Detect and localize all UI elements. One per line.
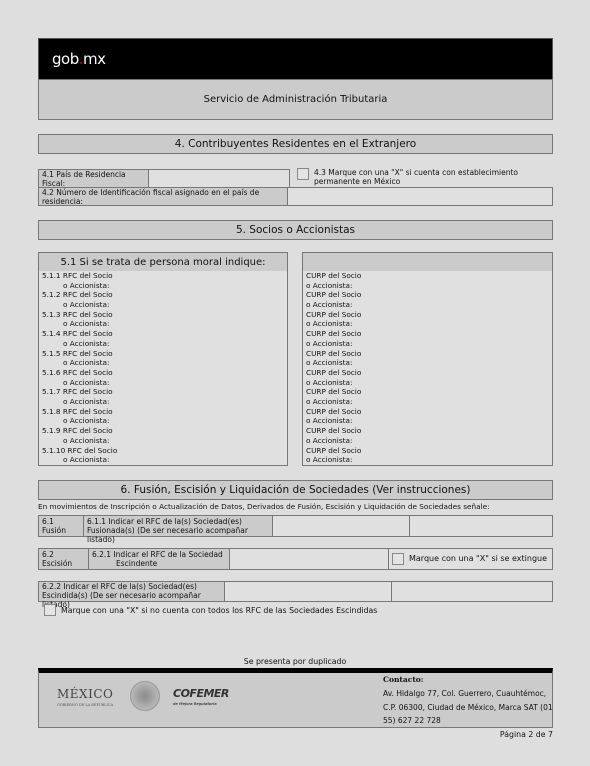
field-4-2-input[interactable] xyxy=(287,187,553,206)
curp-row-label: CURP del Socio xyxy=(306,387,552,397)
rfc-socio-row[interactable]: 5.1.6 RFC del Socioo Accionista: xyxy=(38,368,288,388)
curp-row-sublabel: o Accionista: xyxy=(306,281,552,291)
curp-row-sublabel: o Accionista: xyxy=(306,455,552,465)
escindente-line2: Escindente xyxy=(92,559,226,568)
curp-socio-row[interactable]: CURP del Socioo Accionista: xyxy=(302,446,553,466)
page-number: Página 2 de 7 xyxy=(500,730,553,739)
rfc-row-sublabel: o Accionista: xyxy=(42,281,287,291)
contact-address: Av. Hidalgo 77, Col. Guerrero, Cuauhtémo… xyxy=(383,687,553,728)
rfc-row-label: 5.1.5 RFC del Socio xyxy=(42,349,287,359)
curp-socio-row[interactable]: CURP del Socioo Accionista: xyxy=(302,426,553,446)
rfc-socio-row[interactable]: 5.1.10 RFC del Socioo Accionista: xyxy=(38,446,288,466)
curp-row-sublabel: o Accionista: xyxy=(306,319,552,329)
no-rfc-checkbox[interactable] xyxy=(44,604,56,616)
footer-bar: MÉXICO GOBIERNO DE LA REPÚBLICA COFEMER … xyxy=(38,668,553,728)
escindidas-rfc-input-1[interactable] xyxy=(224,581,392,602)
curp-row-sublabel: o Accionista: xyxy=(306,339,552,349)
contact-line-3: 55) 627 22 728 xyxy=(383,714,553,728)
rfc-socio-row[interactable]: 5.1.4 RFC del Socioo Accionista: xyxy=(38,329,288,349)
curp-socio-row[interactable]: CURP del Socioo Accionista: xyxy=(302,387,553,407)
agency-title: Servicio de Administración Tributaria xyxy=(38,79,553,120)
mexico-logo: MÉXICO xyxy=(57,687,113,701)
curp-row-sublabel: o Accionista: xyxy=(306,300,552,310)
no-rfc-label: Marque con una "X" si no cuenta con todo… xyxy=(61,606,377,615)
curp-socio-row[interactable]: CURP del Socioo Accionista: xyxy=(302,349,553,369)
checkbox-4-3-label: 4.3 Marque con una "X" si cuenta con est… xyxy=(314,168,554,186)
section-5-title: 5. Socios o Accionistas xyxy=(38,220,553,240)
section-4-title: 4. Contribuyentes Residentes en el Extra… xyxy=(38,134,553,154)
section-5-1-header: 5.1 Si se trata de persona moral indique… xyxy=(38,252,288,272)
contact-line-2: C.P. 06300, Ciudad de México, Marca SAT … xyxy=(383,701,553,715)
gobierno-text: GOBIERNO DE LA REPÚBLICA xyxy=(57,703,113,707)
fusion-field-line1: 6.1.1 Indicar el RFC de la(s) Sociedad(e… xyxy=(87,517,269,526)
curp-row-label: CURP del Socio xyxy=(306,310,552,320)
contact-line-1: Av. Hidalgo 77, Col. Guerrero, Cuauhtémo… xyxy=(383,687,553,701)
curp-row-label: CURP del Socio xyxy=(306,349,552,359)
escindidas-field-label: 6.2.2 Indicar el RFC de la(s) Sociedad(e… xyxy=(38,581,225,602)
national-seal-icon xyxy=(130,681,160,711)
duplicado-note: Se presenta por duplicado xyxy=(0,657,590,666)
rfc-row-sublabel: o Accionista: xyxy=(42,397,287,407)
curp-row-label: CURP del Socio xyxy=(306,368,552,378)
escindente-field-label: 6.2.1 Indicar el RFC de la Sociedad Esci… xyxy=(88,548,230,570)
extingue-label: Marque con una "X" si se extingue xyxy=(409,554,547,563)
curp-row-label: CURP del Socio xyxy=(306,426,552,436)
curp-socio-row[interactable]: CURP del Socioo Accionista: xyxy=(302,271,553,291)
curp-row-sublabel: o Accionista: xyxy=(306,397,552,407)
escindente-rfc-input[interactable] xyxy=(229,548,389,570)
rfc-socio-row[interactable]: 5.1.3 RFC del Socioo Accionista: xyxy=(38,310,288,330)
rfc-row-label: 5.1.2 RFC del Socio xyxy=(42,290,287,300)
escindidas-line1: 6.2.2 Indicar el RFC de la(s) Sociedad(e… xyxy=(42,582,221,591)
rfc-row-label: 5.1.7 RFC del Socio xyxy=(42,387,287,397)
rfc-row-sublabel: o Accionista: xyxy=(42,416,287,426)
checkbox-4-3[interactable] xyxy=(297,168,309,180)
curp-row-label: CURP del Socio xyxy=(306,446,552,456)
rfc-socio-row[interactable]: 5.1.8 RFC del Socioo Accionista: xyxy=(38,407,288,427)
curp-row-label: CURP del Socio xyxy=(306,290,552,300)
cofemer-subtitle: de Mejora Regulatoria xyxy=(173,702,217,706)
fusion-label: 6.1 Fusión xyxy=(38,515,84,537)
gobmx-header-bar: gob.mx xyxy=(38,38,553,80)
curp-row-label: CURP del Socio xyxy=(306,329,552,339)
rfc-row-sublabel: o Accionista: xyxy=(42,358,287,368)
curp-socio-row[interactable]: CURP del Socioo Accionista: xyxy=(302,407,553,427)
rfc-row-sublabel: o Accionista: xyxy=(42,455,287,465)
contact-title: Contacto: xyxy=(383,675,424,684)
escindidas-rfc-input-2[interactable] xyxy=(391,581,553,602)
curp-row-sublabel: o Accionista: xyxy=(306,358,552,368)
rfc-row-sublabel: o Accionista: xyxy=(42,378,287,388)
fusion-rfc-input-1[interactable] xyxy=(272,515,410,537)
logo-suffix: mx xyxy=(83,50,106,68)
rfc-socio-row[interactable]: 5.1.1 RFC del Socioo Accionista: xyxy=(38,271,288,291)
rfc-row-label: 5.1.3 RFC del Socio xyxy=(42,310,287,320)
field-4-1-input[interactable] xyxy=(148,169,290,188)
rfc-row-label: 5.1.6 RFC del Socio xyxy=(42,368,287,378)
fusion-field-label: 6.1.1 Indicar el RFC de la(s) Sociedad(e… xyxy=(83,515,273,537)
rfc-row-label: 5.1.9 RFC del Socio xyxy=(42,426,287,436)
gobmx-logo[interactable]: gob.mx xyxy=(52,50,106,68)
curp-row-label: CURP del Socio xyxy=(306,407,552,417)
rfc-row-sublabel: o Accionista: xyxy=(42,339,287,349)
curp-row-sublabel: o Accionista: xyxy=(306,378,552,388)
rfc-socio-row[interactable]: 5.1.9 RFC del Socioo Accionista: xyxy=(38,426,288,446)
rfc-socio-row[interactable]: 5.1.7 RFC del Socioo Accionista: xyxy=(38,387,288,407)
cofemer-logo: COFEMER xyxy=(173,687,229,700)
rfc-socio-row[interactable]: 5.1.2 RFC del Socioo Accionista: xyxy=(38,290,288,310)
curp-row-sublabel: o Accionista: xyxy=(306,416,552,426)
curp-socio-row[interactable]: CURP del Socioo Accionista: xyxy=(302,368,553,388)
curp-socio-row[interactable]: CURP del Socioo Accionista: xyxy=(302,310,553,330)
curp-socio-row[interactable]: CURP del Socioo Accionista: xyxy=(302,290,553,310)
section-6-intro: En movimientos de Inscripción o Actualiz… xyxy=(38,502,490,511)
fusion-field-line2: Fusionada(s) (De ser necesario acompañar… xyxy=(87,526,269,544)
fusion-rfc-input-2[interactable] xyxy=(409,515,553,537)
rfc-row-label: 5.1.1 RFC del Socio xyxy=(42,271,287,281)
rfc-row-label: 5.1.10 RFC del Socio xyxy=(42,446,287,456)
rfc-row-label: 5.1.4 RFC del Socio xyxy=(42,329,287,339)
curp-row-label: CURP del Socio xyxy=(306,271,552,281)
escindente-line1: 6.2.1 Indicar el RFC de la Sociedad xyxy=(92,550,226,559)
field-4-1-label: 4.1 País de Residencia Fiscal: xyxy=(38,169,149,188)
extingue-checkbox[interactable] xyxy=(392,553,404,565)
rfc-socio-row[interactable]: 5.1.5 RFC del Socioo Accionista: xyxy=(38,349,288,369)
curp-header xyxy=(302,252,553,272)
escision-label: 6.2 Escisión xyxy=(38,548,89,570)
rfc-row-sublabel: o Accionista: xyxy=(42,319,287,329)
curp-row-sublabel: o Accionista: xyxy=(306,436,552,446)
field-4-2-label: 4.2 Número de Identificación fiscal asig… xyxy=(38,187,288,206)
section-6-title: 6. Fusión, Escisión y Liquidación de Soc… xyxy=(38,480,553,500)
logo-text: gob xyxy=(52,50,79,68)
curp-socio-row[interactable]: CURP del Socioo Accionista: xyxy=(302,329,553,349)
rfc-row-label: 5.1.8 RFC del Socio xyxy=(42,407,287,417)
rfc-row-sublabel: o Accionista: xyxy=(42,300,287,310)
rfc-row-sublabel: o Accionista: xyxy=(42,436,287,446)
